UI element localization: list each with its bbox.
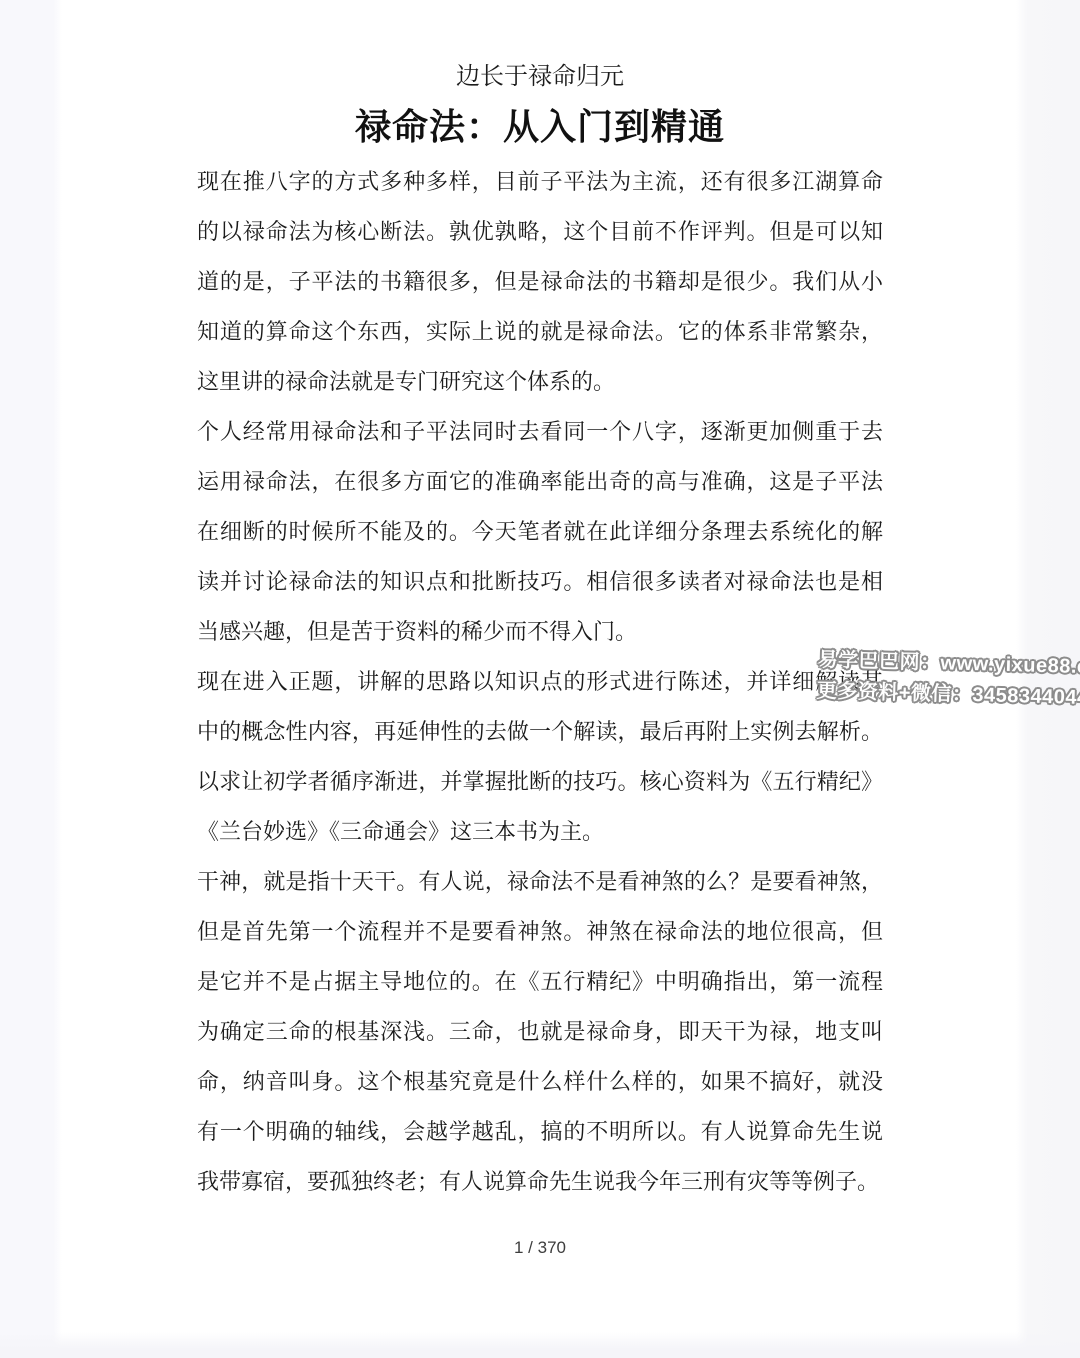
text-line: 现在推八字的方式多种多样，目前子平法为主流，还有很多江湖算命 [197, 157, 883, 207]
text-line: 道的是，子平法的书籍很多，但是禄命法的书籍却是很少。我们从小 [197, 257, 883, 307]
text-line: 读并讨论禄命法的知识点和批断技巧。相信很多读者对禄命法也是相 [197, 557, 883, 607]
page-left-margin [0, 0, 62, 1358]
page-title: 禄命法：从入门到精通 [197, 99, 883, 150]
text-line: 干神，就是指十天干。有人说，禄命法不是看神煞的么？是要看神煞， [197, 857, 883, 907]
site-watermark: 易学巴巴网：www.yixue88.cn 更多资料+微信：3458344044 [816, 645, 1080, 714]
text-line: 但是首先第一个流程并不是要看神煞。神煞在禄命法的地位很高，但 [197, 907, 883, 957]
text-line: 现在进入正题，讲解的思路以知识点的形式进行陈述，并详细解读其 [197, 657, 883, 707]
text-line: 个人经常用禄命法和子平法同时去看同一个八字，逐渐更加侧重于去 [197, 407, 883, 457]
text-line: 以求让初学者循序渐进，并掌握批断的技巧。核心资料为《五行精纪》 [197, 757, 883, 807]
text-line: 中的概念性内容，再延伸性的去做一个解读，最后再附上实例去解析。 [197, 707, 883, 757]
text-line: 当感兴趣，但是苦于资料的稀少而不得入门。 [197, 607, 883, 657]
text-line: 命，纳音叫身。这个根基究竟是什么样什么样的，如果不搞好，就没 [197, 1057, 883, 1107]
paragraph: 干神，就是指十天干。有人说，禄命法不是看神煞的么？是要看神煞， 但是首先第一个流… [197, 857, 883, 1207]
text-line: 运用禄命法，在很多方面它的准确率能出奇的高与准确，这是子平法 [197, 457, 883, 507]
text-line: 为确定三命的根基深浅。三命，也就是禄命身，即天干为禄，地支叫 [197, 1007, 883, 1057]
text-line: 的以禄命法为核心断法。孰优孰略，这个目前不作评判。但是可以知 [197, 207, 883, 257]
document-body: 现在推八字的方式多种多样，目前子平法为主流，还有很多江湖算命 的以禄命法为核心断… [197, 157, 883, 1207]
paragraph: 个人经常用禄命法和子平法同时去看同一个八字，逐渐更加侧重于去 运用禄命法，在很多… [197, 407, 883, 657]
text-line: 是它并不是占据主导地位的。在《五行精纪》中明确指出，第一流程 [197, 957, 883, 1007]
text-line: 这里讲的禄命法就是专门研究这个体系的。 [197, 357, 883, 407]
text-line: 知道的算命这个东西，实际上说的就是禄命法。它的体系非常繁杂， [197, 307, 883, 357]
document-header: 边长于禄命归元 [197, 56, 883, 91]
page-indicator: 1 / 370 [197, 1238, 883, 1258]
paragraph: 现在进入正题，讲解的思路以知识点的形式进行陈述，并详细解读其 中的概念性内容，再… [197, 657, 883, 857]
text-line: 我带寡宿，要孤独终老；有人说算命先生说我今年三刑有灾等等例子。 [197, 1157, 883, 1207]
paragraph: 现在推八字的方式多种多样，目前子平法为主流，还有很多江湖算命 的以禄命法为核心断… [197, 157, 883, 407]
page-bottom-margin [0, 1332, 1080, 1358]
text-line: 在细断的时候所不能及的。今天笔者就在此详细分条理去系统化的解 [197, 507, 883, 557]
text-line: 有一个明确的轴线，会越学越乱，搞的不明所以。有人说算命先生说 [197, 1107, 883, 1157]
text-line: 《兰台妙选》《三命通会》这三本书为主。 [197, 807, 883, 857]
